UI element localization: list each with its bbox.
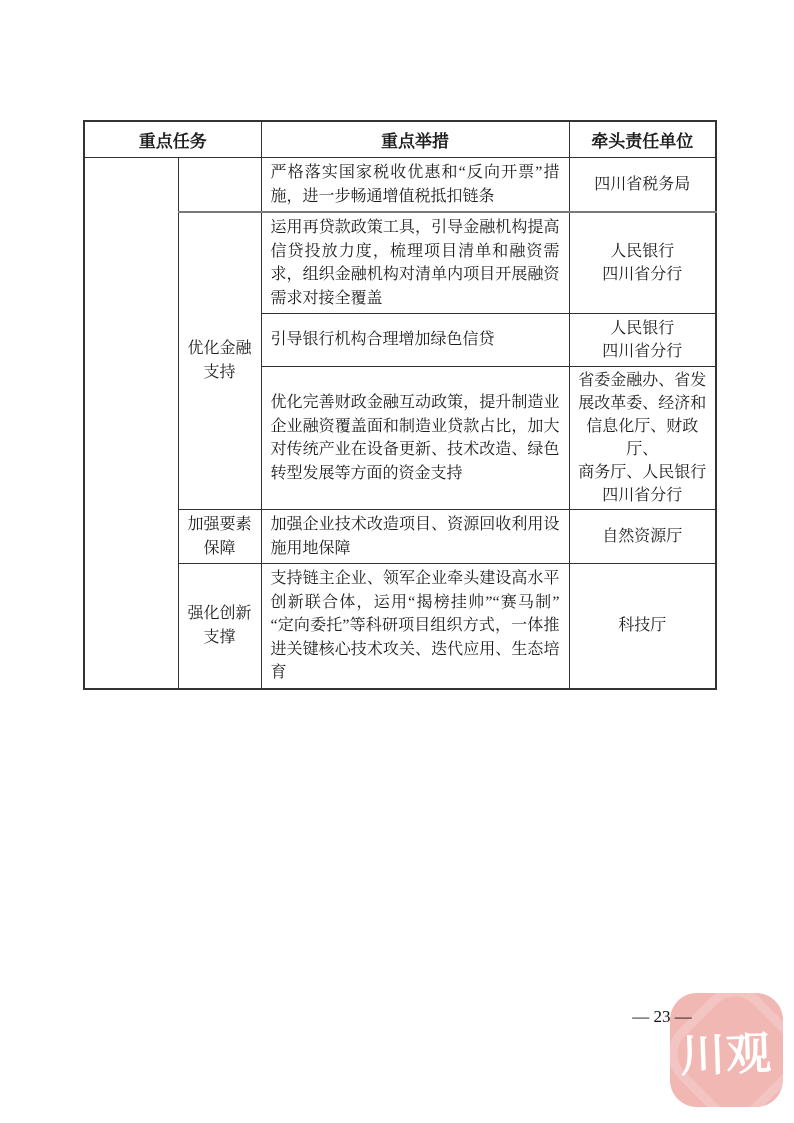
page-number: — 23 — — [622, 1007, 702, 1027]
table-row: 加强要素 保障 加强企业技术改造项目、资源回收利用设施用地保障 自然资源厅 — [84, 510, 716, 564]
header-task: 重点任务 — [84, 121, 261, 158]
measure-cell: 引导银行机构合理增加绿色信贷 — [261, 314, 569, 367]
header-measure: 重点举措 — [261, 121, 569, 158]
measure-cell: 严格落实国家税收优惠和“反向开票”措施，进一步畅通增值税抵扣链条 — [261, 158, 569, 213]
unit-cell: 自然资源厅 — [569, 510, 716, 564]
unit-cell: 科技厅 — [569, 564, 716, 689]
measure-cell: 优化完善财政金融互动政策，提升制造业企业融资覆盖面和制造业贷款占比，加大对传统产… — [261, 367, 569, 510]
task-category-cell — [84, 158, 178, 689]
unit-cell: 四川省税务局 — [569, 158, 716, 213]
unit-cell: 人民银行 四川省分行 — [569, 314, 716, 367]
unit-cell: 人民银行 四川省分行 — [569, 212, 716, 314]
group-cell-elements-guarantee: 加强要素 保障 — [178, 510, 261, 564]
group-cell-innovation-support: 强化创新 支撑 — [178, 564, 261, 689]
document-page: 重点任务 重点举措 牵头责任单位 严格落实国家税收优惠和“反向开票”措施，进一步… — [0, 0, 794, 1123]
key-tasks-table-wrap: 重点任务 重点举措 牵头责任单位 严格落实国家税收优惠和“反向开票”措施，进一步… — [83, 120, 717, 690]
unit-cell: 省委金融办、省发 展改革委、经济和 信息化厅、财政厅、 商务厅、人民银行 四川省… — [569, 367, 716, 510]
group-cell-financial-support: 优化金融 支持 — [178, 212, 261, 510]
measure-cell: 加强企业技术改造项目、资源回收利用设施用地保障 — [261, 510, 569, 564]
table-row: 强化创新 支撑 支持链主企业、领军企业牵头建设高水平创新联合体，运用“揭榜挂帅”… — [84, 564, 716, 689]
header-unit: 牵头责任单位 — [569, 121, 716, 158]
measure-cell: 支持链主企业、领军企业牵头建设高水平创新联合体，运用“揭榜挂帅”“赛马制”“定向… — [261, 564, 569, 689]
key-tasks-table: 重点任务 重点举措 牵头责任单位 严格落实国家税收优惠和“反向开票”措施，进一步… — [83, 120, 717, 690]
measure-cell: 运用再贷款政策工具，引导金融机构提高信贷投放力度，梳理项目清单和融资需求，组织金… — [261, 212, 569, 314]
table-header-row: 重点任务 重点举措 牵头责任单位 — [84, 121, 716, 158]
table-row: 优化金融 支持 运用再贷款政策工具，引导金融机构提高信贷投放力度，梳理项目清单和… — [84, 212, 716, 314]
group-cell-empty — [178, 158, 261, 213]
table-row: 严格落实国家税收优惠和“反向开票”措施，进一步畅通增值税抵扣链条 四川省税务局 — [84, 158, 716, 213]
